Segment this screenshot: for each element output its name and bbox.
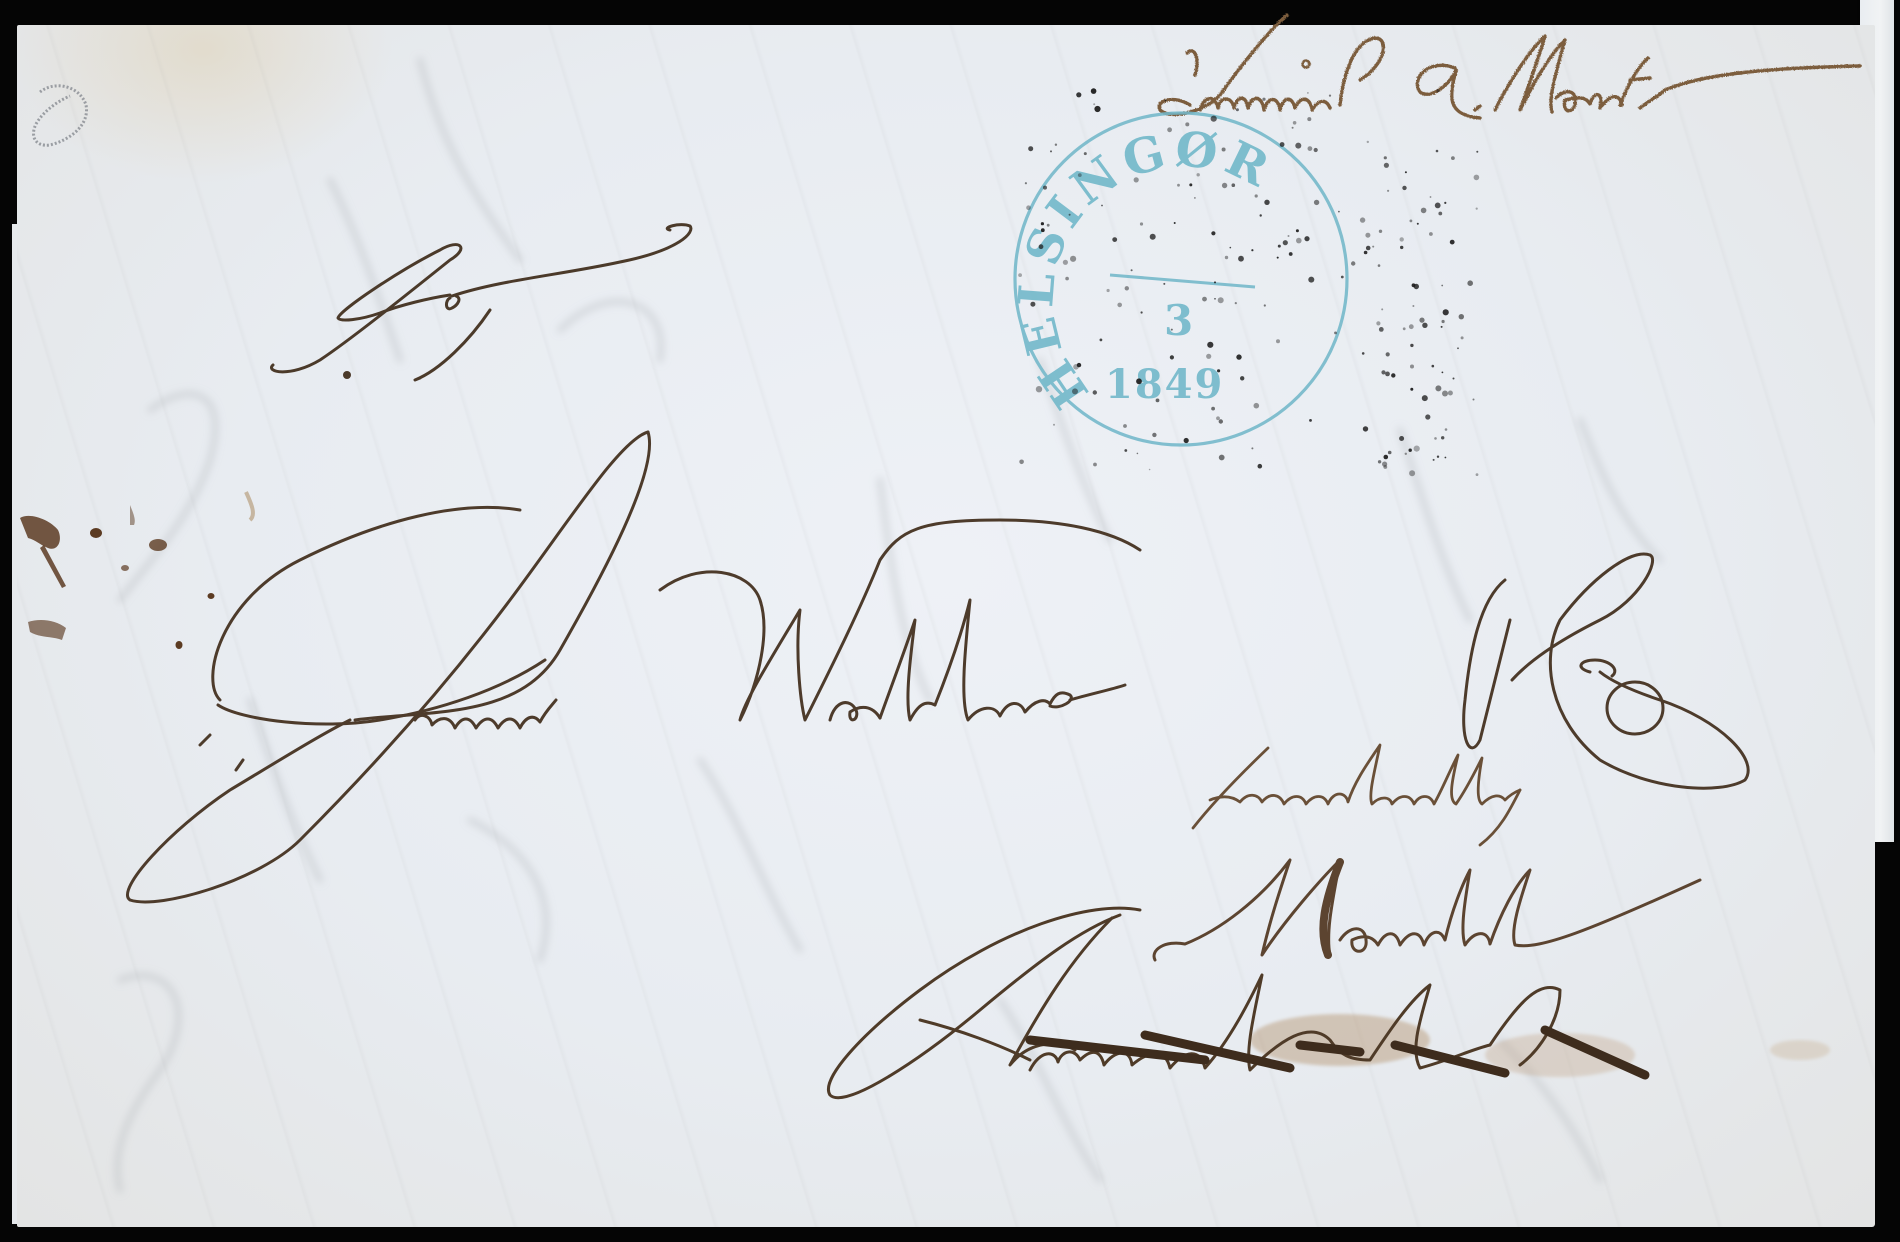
address-prefix-text: Herrer [218, 646, 504, 739]
postmark: HELSINGØR 3 1849 [1008, 113, 1347, 445]
salutation-text: S.T. [270, 287, 432, 392]
postmark-year: 1849 [1105, 361, 1224, 408]
ink-layer: HELSINGØR 3 1849 [0, 0, 1900, 1242]
pencil-mark-text: D [35, 85, 84, 155]
struck-destination-text: Arendal [821, 968, 1269, 1096]
ink-blots [20, 492, 253, 649]
destination-text: Mandal [1158, 857, 1542, 974]
postmark-day: 3 [1164, 296, 1193, 345]
docket-text: Sommeind 9 Maarts [1160, 55, 1776, 125]
forwarding-note-text: formodentlig [1191, 759, 1523, 817]
addressee-name-text: Wattne & Co [800, 610, 1576, 749]
